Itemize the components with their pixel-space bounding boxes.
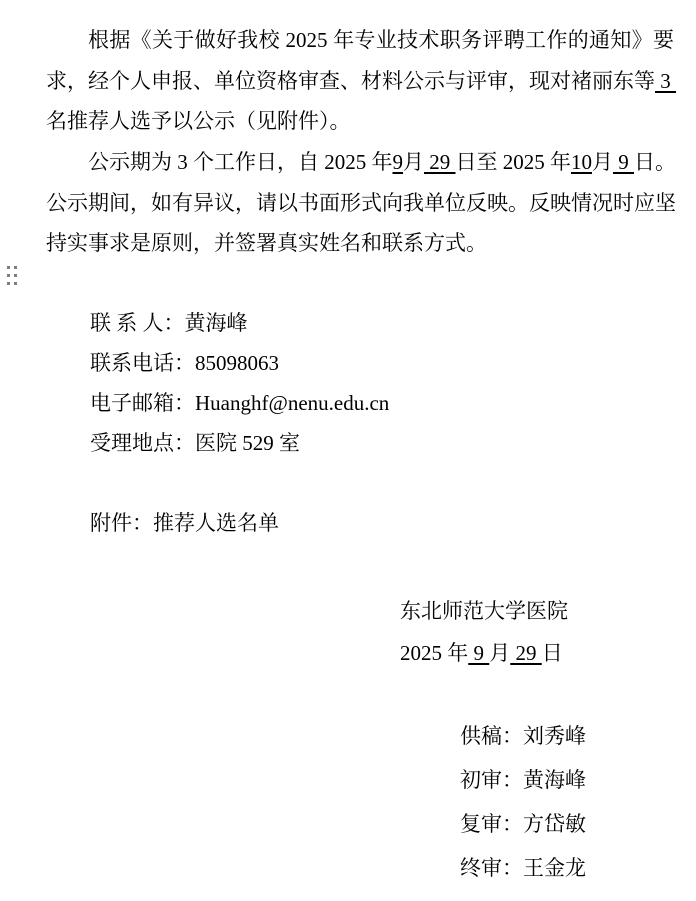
underline-segment: 10 [571, 150, 592, 174]
text-segment: 月 [592, 150, 613, 174]
credits-row: 供稿：刘秀峰 [460, 714, 586, 758]
text-line: 公示期为 3 个工作日，自 2025 年9月 29 日至 2025 年10月 9… [46, 142, 674, 183]
underline-segment: 29 [424, 150, 456, 174]
text-segment: 根据《关于做好我校 2025 年专业技术职务评聘工作的通知》要 [88, 28, 674, 52]
credits-value: 王金龙 [523, 856, 586, 880]
credits-block: 供稿：刘秀峰初审：黄海峰复审：方岱敏终审：王金龙 [460, 714, 586, 890]
signature-block: 东北师范大学医院 2025 年 9 月 29 日 [400, 590, 568, 674]
text-segment: 持实事求是原则，并签署真实姓名和联系方式。 [46, 231, 487, 255]
contact-label: 电子邮箱： [90, 391, 195, 415]
text-segment: 日。 [634, 150, 676, 174]
credits-value: 黄海峰 [523, 768, 586, 792]
grip-dot [7, 266, 10, 269]
paragraph-2: 公示期为 3 个工作日，自 2025 年9月 29 日至 2025 年10月 9… [46, 142, 674, 264]
document-page: 根据《关于做好我校 2025 年专业技术职务评聘工作的通知》要求，经个人申报、单… [0, 0, 696, 901]
credits-row: 复审：方岱敏 [460, 802, 586, 846]
text-line: 根据《关于做好我校 2025 年专业技术职务评聘工作的通知》要 [46, 20, 674, 61]
text-segment: 月 [403, 150, 424, 174]
credits-value: 方岱敏 [523, 812, 586, 836]
underline-segment: 9 [468, 641, 489, 665]
attachment-label: 附件： [90, 511, 153, 535]
credits-value: 刘秀峰 [523, 724, 586, 748]
signature-organization: 东北师范大学医院 [400, 590, 568, 632]
credits-row: 初审：黄海峰 [460, 758, 586, 802]
grip-dot [7, 274, 10, 277]
contact-block: 联 系 人：黄海峰联系电话：85098063电子邮箱：Huanghf@nenu.… [90, 303, 389, 463]
grip-dot [14, 266, 17, 269]
text-line: 公示期间，如有异议，请以书面形式向我单位反映。反映情况时应坚 [46, 183, 674, 224]
contact-row: 联系电话：85098063 [90, 343, 389, 383]
contact-value: 黄海峰 [185, 311, 248, 335]
text-segment: 公示期间，如有异议，请以书面形式向我单位反映。反映情况时应坚 [46, 191, 676, 215]
grip-dot [14, 274, 17, 277]
contact-label: 联系电话： [90, 351, 195, 375]
text-segment: 求，经个人申报、单位资格审查、材料公示与评审，现对褚丽东等 [46, 69, 655, 93]
contact-row: 联 系 人：黄海峰 [90, 303, 389, 343]
text-segment: 月 [489, 641, 510, 665]
signature-date: 2025 年 9 月 29 日 [400, 632, 568, 674]
contact-row: 受理地点：医院 529 室 [90, 423, 389, 463]
text-segment: 2025 年 [400, 641, 468, 665]
contact-value: 医院 529 室 [195, 431, 300, 455]
underline-segment: 9 [613, 150, 634, 174]
underline-segment: 3 [655, 69, 676, 93]
underline-segment: 9 [393, 150, 404, 174]
attachment-value: 推荐人选名单 [153, 511, 279, 535]
attachment-line: 附件：推荐人选名单 [90, 503, 279, 544]
credits-row: 终审：王金龙 [460, 846, 586, 890]
contact-value: 85098063 [195, 351, 279, 375]
text-line: 持实事求是原则，并签署真实姓名和联系方式。 [46, 223, 674, 264]
contact-label: 受理地点： [90, 431, 195, 455]
text-line: 求，经个人申报、单位资格审查、材料公示与评审，现对褚丽东等 3 [46, 61, 674, 102]
contact-value: Huanghf@nenu.edu.cn [195, 391, 389, 415]
contact-label: 联 系 人： [90, 311, 185, 335]
credits-label: 复审： [460, 812, 523, 836]
underline-segment: 29 [510, 641, 542, 665]
credits-label: 初审： [460, 768, 523, 792]
grip-dot [14, 282, 17, 285]
credits-label: 供稿： [460, 724, 523, 748]
contact-row: 电子邮箱：Huanghf@nenu.edu.cn [90, 383, 389, 423]
grip-dot [7, 282, 10, 285]
drag-handle-icon[interactable] [7, 266, 17, 285]
credits-label: 终审： [460, 856, 523, 880]
text-segment: 名推荐人选予以公示（见附件）。 [46, 109, 351, 133]
text-segment: 日至 2025 年 [456, 150, 572, 174]
text-segment: 公示期为 3 个工作日，自 2025 年 [88, 150, 393, 174]
text-line: 名推荐人选予以公示（见附件）。 [46, 101, 674, 142]
paragraph-1: 根据《关于做好我校 2025 年专业技术职务评聘工作的通知》要求，经个人申报、单… [46, 20, 674, 142]
attachment-text: 附件：推荐人选名单 [90, 503, 279, 544]
text-segment: 日 [542, 641, 563, 665]
